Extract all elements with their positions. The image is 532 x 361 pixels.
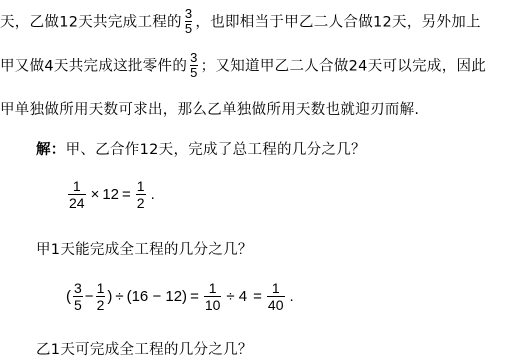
question-text: 甲、乙合作12天，完成了总工程的几分之几？ — [66, 142, 366, 158]
denominator: 5 — [190, 66, 198, 80]
text-segment: ；又知道甲乙二人合做24天可以完成，因此 — [201, 59, 486, 75]
paragraph-line-3: 甲单独做所用天数可求出，那么乙单独做所用天数也就迎刃而解. — [0, 100, 419, 120]
numerator: 1 — [136, 178, 146, 194]
close-paren: ) — [107, 288, 112, 305]
solution-label: 解： — [36, 142, 66, 158]
fraction: 12 — [96, 280, 106, 313]
numerator: 3 — [190, 51, 198, 65]
open-paren: ( — [66, 288, 71, 305]
equals-sign: = — [253, 288, 262, 305]
denominator: 5 — [73, 297, 83, 313]
fraction: 35 — [73, 280, 83, 313]
solution-question-2: 甲1天能完成全工程的几分之几？ — [36, 240, 253, 260]
numerator: 1 — [96, 280, 106, 296]
equals-sign: = — [190, 288, 199, 305]
solution-question-3: 乙1天可完成全工程的几分之几？ — [36, 340, 253, 360]
text-segment: 天，乙做12天共完成工程的 — [0, 15, 182, 31]
numerator: 1 — [72, 178, 82, 194]
text-segment: 甲又做4天共完成这批零件的 — [0, 59, 187, 75]
period: . — [151, 186, 155, 203]
fraction: 124 — [68, 178, 86, 211]
denominator: 5 — [185, 22, 193, 36]
equation-1: 124 × 12 = 12 . — [66, 178, 158, 211]
fraction: 110 — [204, 280, 222, 313]
fraction: 12 — [136, 178, 146, 211]
solution-question-1: 解：甲、乙合作12天，完成了总工程的几分之几？ — [36, 140, 366, 160]
denominator: 2 — [136, 195, 146, 211]
paragraph-line-2: 甲又做4天共完成这批零件的35；又知道甲乙二人合做24天可以完成，因此 — [0, 52, 486, 81]
numerator: 3 — [73, 280, 83, 296]
text-segment: ，也即相当于甲乙二人合做12天，另外加上 — [195, 15, 480, 31]
denominator: 40 — [267, 297, 285, 313]
parenthesized-expression: (16 − 12) — [127, 288, 187, 305]
numerator: 3 — [185, 7, 193, 21]
equation-2: ( 35 − 12 ) ÷ (16 − 12) = 110 ÷ 4 = 140 … — [66, 280, 297, 313]
denominator: 2 — [96, 297, 106, 313]
equals-sign: = — [122, 186, 131, 203]
divide-by-four: ÷ 4 — [226, 288, 247, 305]
denominator: 24 — [68, 195, 86, 211]
paragraph-line-1: 天，乙做12天共完成工程的35，也即相当于甲乙二人合做12天，另外加上 — [0, 8, 481, 37]
numerator: 1 — [208, 280, 218, 296]
divide-operator: ÷ — [115, 288, 123, 305]
numerator: 1 — [271, 280, 281, 296]
denominator: 10 — [204, 297, 222, 313]
fraction-three-fifths: 35 — [185, 7, 193, 36]
fraction-three-fifths: 35 — [190, 51, 198, 80]
period: . — [290, 288, 294, 305]
times-operator: × — [91, 186, 100, 203]
number: 12 — [102, 186, 119, 203]
minus-operator: − — [85, 288, 94, 305]
fraction: 140 — [267, 280, 285, 313]
